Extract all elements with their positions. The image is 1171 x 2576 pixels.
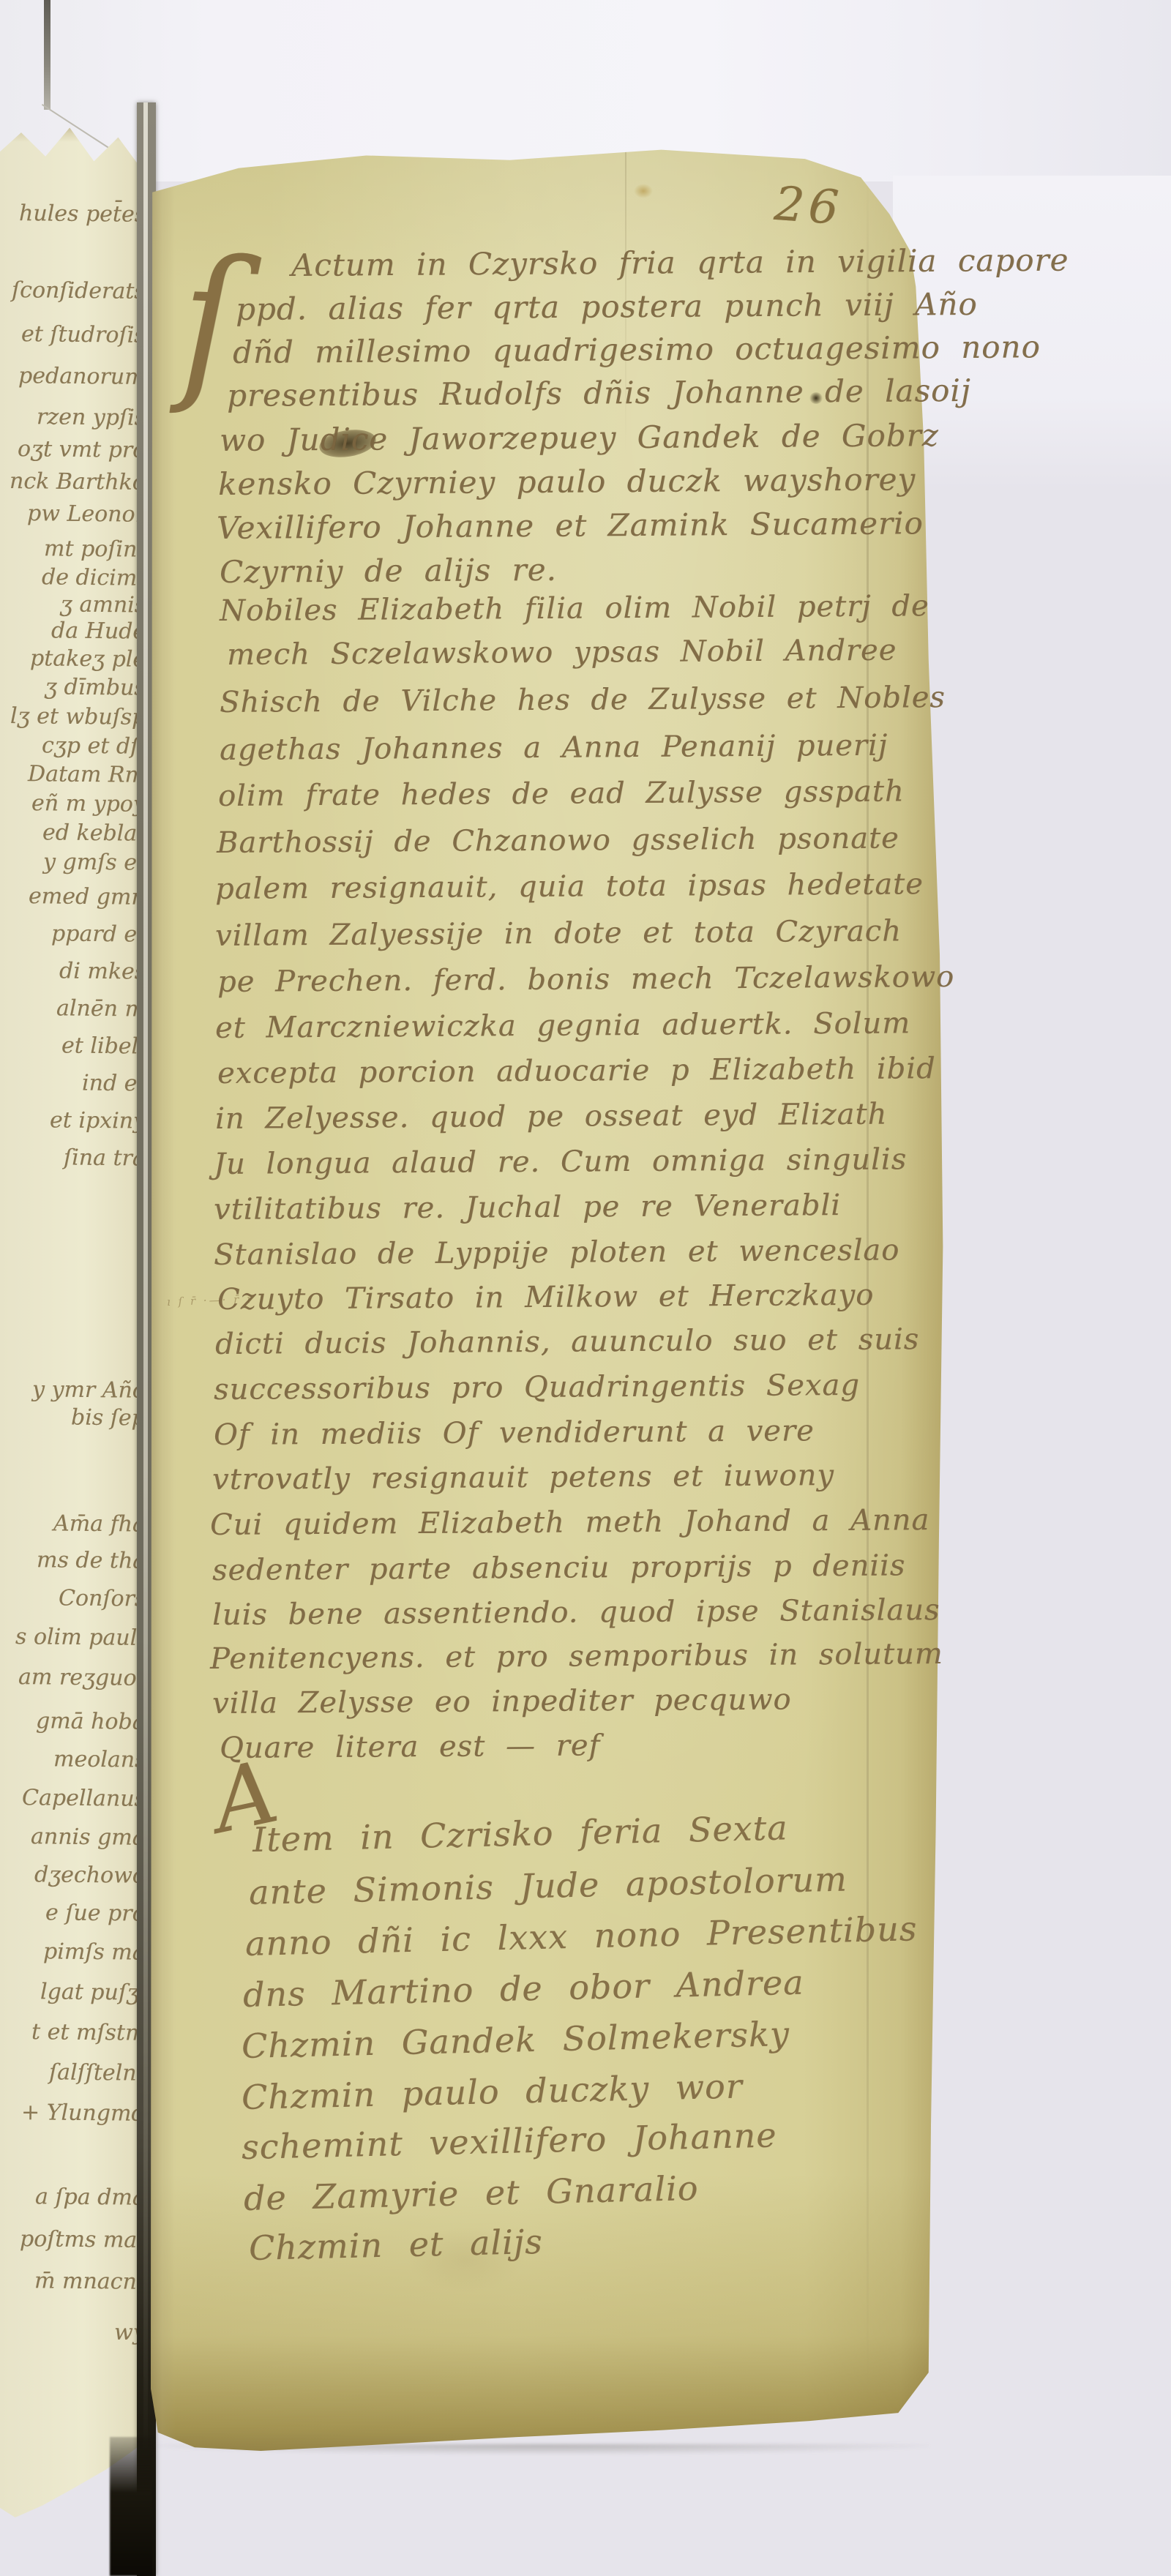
left-page-line: lʒ et wbuſsp	[10, 705, 146, 729]
manuscript-line: in Zelyesse. quod pe osseat eyd Elizath	[215, 1100, 888, 1134]
manuscript-line: dñd millesimo quadrigesimo octuagesimo n…	[233, 332, 1041, 368]
left-page-line: oʒt vmt pro	[18, 438, 146, 462]
manuscript-line: Shisch de Vilche hes de Zulysse et Noble…	[220, 683, 946, 717]
manuscript-line: Ju longua alaud re. Cum omniga singulis	[214, 1145, 907, 1179]
left-page-line: et libell	[61, 1035, 146, 1057]
manuscript-line: Actum in Czyrsko fria qrta in vigilia ca…	[291, 245, 1069, 281]
manuscript-line: Cui quidem Elizabeth meth Johand a Anna	[210, 1505, 930, 1540]
left-page-line: eñ m ypoy	[31, 793, 146, 816]
left-page-line: dʒechowo	[34, 1864, 146, 1887]
left-page-line: poſtms mat̄	[20, 2228, 146, 2252]
manuscript-line: pe Prechen. ferd. bonis mech Tczelawskow…	[217, 962, 954, 997]
binding-strip-foot	[110, 2437, 152, 2576]
left-page-line: Conſors	[59, 1587, 146, 1610]
manuscript-line: de Zamyrie et Gnaralio	[243, 2171, 698, 2215]
left-page-line: cʒp et dſl	[42, 735, 146, 757]
manuscript-line: excepta porcion aduocarie p Elizabeth ib…	[217, 1054, 936, 1088]
manuscript-line: mech Sczelawskowo ypsas Nobil Andree	[227, 636, 897, 670]
manuscript-line: vtrovatly resignauit petens et iuwony	[212, 1461, 834, 1494]
manuscript-line: agethas Johannes a Anna Penanij puerij	[220, 731, 888, 765]
manuscript-line: luis bene assentiendo. quod ipse Stanisl…	[212, 1595, 940, 1630]
left-page-line: ppard et	[51, 923, 146, 946]
left-page-line: da Hude	[51, 620, 146, 643]
left-page-line: hules pet̄es	[19, 203, 146, 226]
left-page-line: pw Leonor	[27, 503, 146, 526]
manuscript-line: sedenter parte absenciu proprijs p denii…	[212, 1551, 906, 1585]
manuscript-line: Chzmin paulo duczky wor	[241, 2069, 743, 2114]
left-page-line: Am̄a fha	[53, 1513, 146, 1535]
left-page-line: ſalſſtelnt	[49, 2062, 146, 2084]
left-page-line: + Ylungmd	[21, 2102, 146, 2125]
left-page-line: ptakeʒ plē	[30, 648, 146, 671]
left-page-line: ſina tra	[64, 1147, 146, 1169]
left-page-line: gmā hoba	[36, 1710, 146, 1734]
left-page-line: rzen ypſis	[37, 406, 146, 430]
left-page-line: ʒ dīmbus	[45, 676, 146, 699]
page-number: 26	[773, 181, 845, 232]
manuscript-line: wo Judice Jaworzepuey Gandek de Gobrz	[220, 420, 939, 456]
manuscript-line: successoribus pro Quadringentis Sexag	[214, 1371, 860, 1404]
manuscript-line: Of in mediis Of vendiderunt a vere	[214, 1416, 815, 1450]
manuscript-line: Barthossij de Chzanowo gsselich psonate	[217, 823, 899, 858]
left-page-line: ed keblat	[42, 822, 146, 845]
left-page-line: pedanorum	[18, 365, 146, 389]
manuscript-line: presentibus Rudolfs dñis Johanne de laso…	[227, 375, 971, 411]
left-page-line: bis ſep̄	[71, 1407, 146, 1429]
left-page-line: annis gma	[31, 1826, 146, 1849]
manuscript-line: dicti ducis Johannis, auunculo suo et su…	[215, 1325, 919, 1359]
manuscript-line: Nobiles Elizabeth filia olim Nobil petrj…	[220, 591, 929, 626]
manuscript-line: Quare litera est — ref	[220, 1731, 601, 1763]
manuscript-line: vtilitatibus re. Juchal pe re Venerabli	[214, 1191, 841, 1224]
left-page-line: mt poſint	[43, 538, 146, 561]
manuscript-line: et Marczniewiczka gegnia aduertk. Solum	[215, 1008, 910, 1043]
manuscript-line: ppd. alias fer qrta postera punch viij A…	[236, 289, 978, 325]
manuscript-line: Penitencyens. et pro semporibus in solut…	[210, 1639, 943, 1674]
left-page-line: ſconſiderats	[12, 280, 146, 303]
left-page-line: de dicimt	[42, 566, 146, 589]
left-page-line: Datam Rm	[28, 763, 146, 787]
left-page-line: am reʒguot	[18, 1666, 146, 1690]
left-page-line: t et mſstm	[31, 2021, 146, 2045]
manuscript-line: Chzmin et alijs	[248, 2225, 543, 2265]
left-page-line: emed gmn	[29, 885, 146, 909]
manuscript-line: villa Zelysse eo inpediter pecquwo	[212, 1685, 792, 1718]
left-page-line: di mkes	[59, 960, 146, 983]
left-page-line: s olim pault	[15, 1626, 146, 1650]
left-page-line: meolans	[53, 1748, 146, 1771]
manuscript-line: Vexillifero Johanne et Zamink Sucamerio	[217, 508, 924, 544]
left-page-line: e ſue pro	[45, 1902, 146, 1925]
left-page-line: pimſs ma	[43, 1941, 146, 1963]
manuscript-line: Czyrniy de alijs re.	[220, 555, 557, 588]
backing-sheet-top	[0, 0, 1171, 181]
manuscript-line: kensko Czyrniey paulo duczk wayshorey	[218, 464, 916, 500]
left-page-line: y gmſs et	[43, 851, 146, 874]
left-page-line: nck Barthko	[10, 471, 146, 494]
manuscript-line: palem resignauit, quia tota ipsas hedeta…	[215, 869, 924, 904]
left-page-line: lgat puſʒi	[40, 1981, 146, 2004]
left-page-line: ʒ amnis	[60, 594, 146, 616]
binding-strip-highlight	[143, 102, 148, 2576]
left-page-line: ind et	[81, 1073, 146, 1096]
left-page-line: et ſtudroſis	[21, 323, 146, 347]
manuscript-scan: hules pet̄esſconſideratset ſtudroſispeda…	[0, 0, 1171, 2576]
left-page-line: alnēn m	[56, 997, 146, 1020]
manuscript-line: Stanislao de Lyppije ploten et wenceslao	[214, 1235, 900, 1270]
manuscript-line: Czuyto Tirsato in Milkow et Herczkayo	[217, 1281, 874, 1314]
manuscript-line: villam Zalyessije in dote et tota Czyrac…	[215, 916, 902, 951]
stain	[634, 184, 653, 198]
left-page-line: Capellanus	[22, 1787, 146, 1811]
left-page-line: ms de tha	[37, 1549, 146, 1573]
left-page-line: a ſpa dma	[35, 2186, 146, 2209]
manuscript-line: olim frate hedes de ead Zulysse gsspath	[218, 776, 905, 811]
left-page-line: y ymr Año	[32, 1379, 146, 1402]
left-page: hules pet̄esſconſideratset ſtudroſispeda…	[0, 123, 151, 2517]
left-page-line: et ipxiny	[50, 1109, 146, 1132]
left-page-line: m̄ mnacnt	[34, 2270, 146, 2294]
binding-rod-top-icon	[44, 0, 50, 110]
